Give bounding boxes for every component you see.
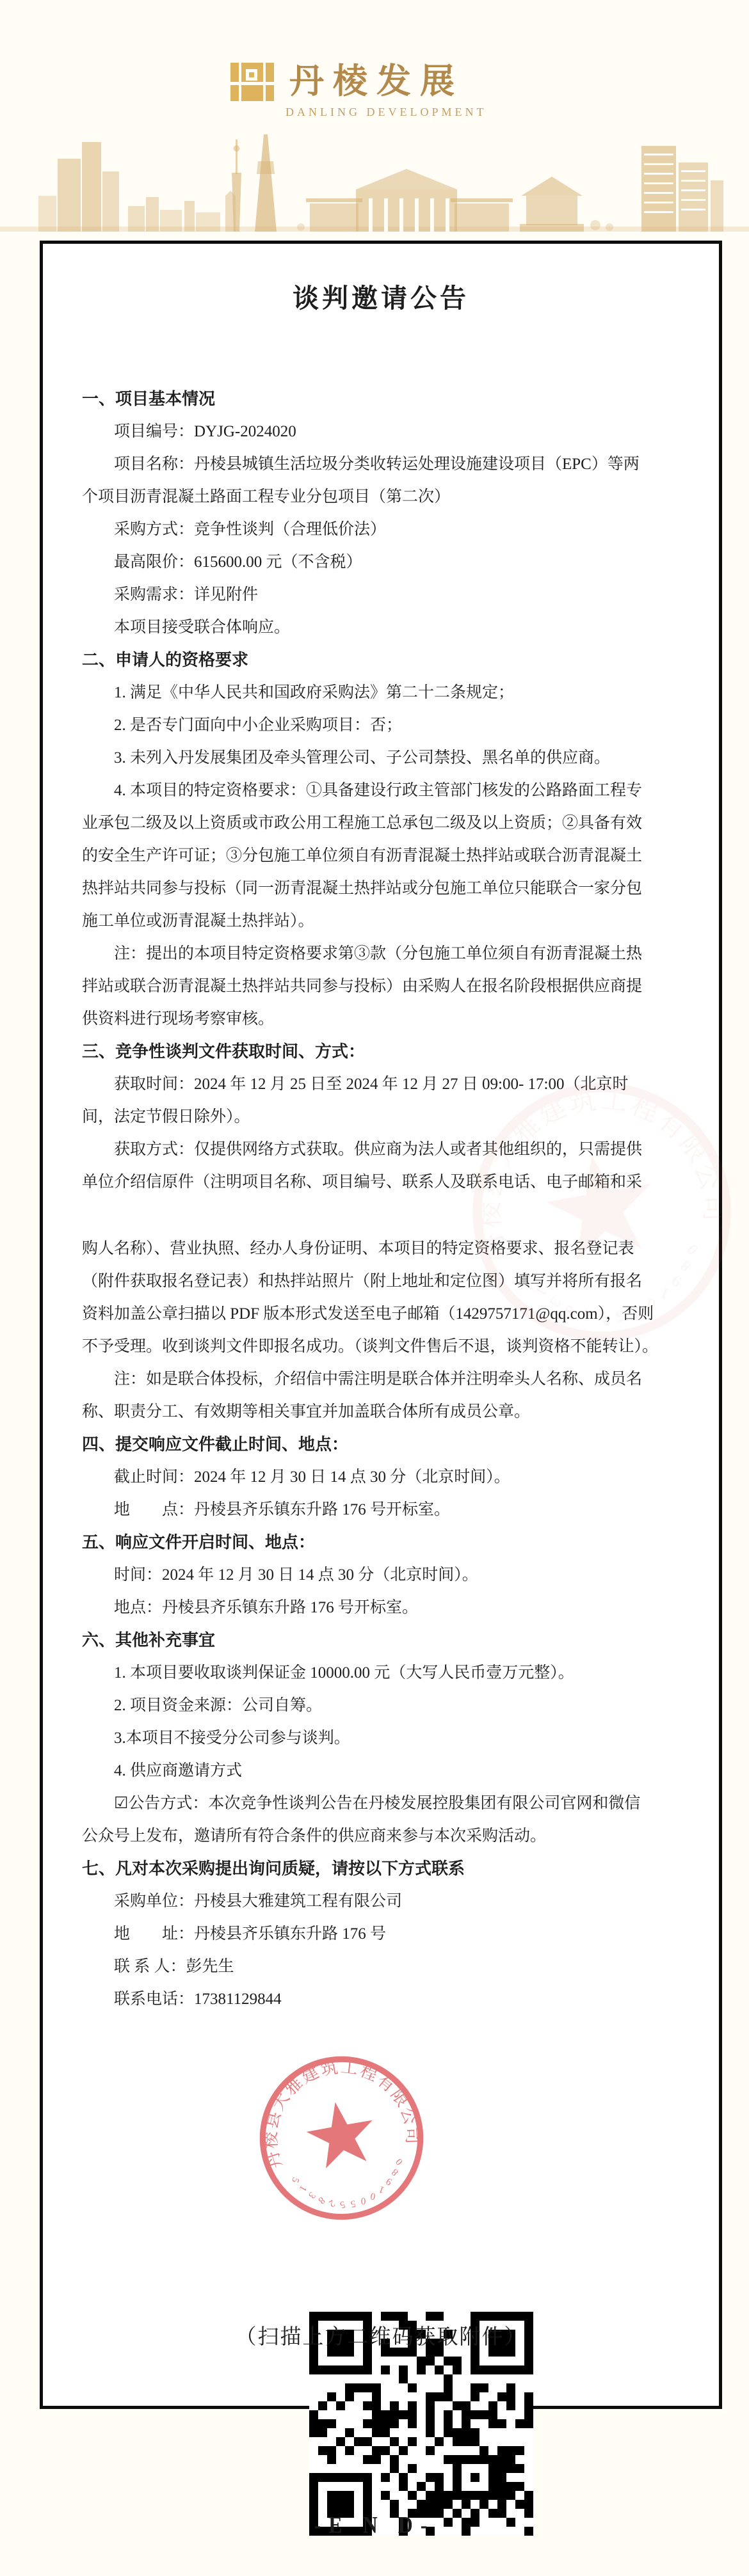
doc-line: 时间：2024 年 12 月 30 日 14 点 30 分（北京时间）。 (82, 1559, 703, 1591)
doc-line: 3.本项目不接受分公司参与谈判。 (82, 1722, 703, 1754)
doc-line: 注：提出的本项目特定资格要求第③款（分包施工单位须自有沥青混凝土热 (82, 937, 703, 970)
doc-line: 业承包二级及以上资质或市政公用工程施工总承包二级及以上资质；②具备有效 (82, 807, 703, 839)
svg-text:棱: 棱 (476, 1201, 506, 1228)
brand-name: 丹棱发展 (289, 54, 463, 103)
svg-text:5: 5 (597, 1308, 609, 1326)
svg-text:工: 工 (340, 2057, 359, 2078)
document-title: 谈判邀请公告 (43, 277, 719, 315)
doc-line: ☑公告方式：本次竞争性谈判公告在丹棱发展控股集团有限公司官网和微信 (82, 1787, 703, 1820)
doc-line: 2. 是否专门面向中小企业采购项目：否； (82, 709, 703, 742)
doc-line: 六、其他补充事宜 (82, 1624, 703, 1657)
brand-name-en: DANLING DEVELOPMENT (286, 106, 484, 119)
doc-line: 称、职责分工、有效期等相关事宜并加盖联合体所有成员公章。 (82, 1395, 703, 1428)
announcement-page: 丹棱发展 DANLING DEVELOPMENT (0, 0, 749, 2576)
doc-line: 个项目沥青混凝土路面工程专业分包项目（第二次） (82, 481, 703, 513)
svg-text:1: 1 (532, 1284, 551, 1298)
svg-text:5: 5 (289, 2176, 302, 2184)
svg-text:5: 5 (520, 1272, 538, 1285)
doc-line: 注：如是联合体投标，介绍信中需注明是联合体并注明牵头人名称、成员名 (82, 1363, 703, 1395)
svg-text:0: 0 (394, 2156, 405, 2167)
svg-text:5: 5 (615, 1307, 625, 1324)
doc-line: 供资料进行现场考察审核。 (82, 1003, 703, 1035)
doc-line: 地 址：丹棱县齐乐镇东升路 176 号 (82, 1918, 703, 1950)
document-box: 谈判邀请公告 一、项目基本情况项目编号：DYJG-2024020项目名称：丹棱县… (40, 241, 722, 2409)
doc-line: 最高限价：615600.00 元（不含税） (82, 546, 703, 578)
end-mark: -E N D- (0, 2511, 749, 2539)
company-seal: 丹棱县大雅建筑工程有限公司5138255001980 (250, 2047, 433, 2229)
svg-text:筑: 筑 (567, 1086, 598, 1120)
doc-line: 地点：丹棱县齐乐镇东升路 176 号开标室。 (82, 1591, 703, 1624)
doc-line: 3. 未列入丹发展集团及牵头管理公司、子公司禁投、黑名单的供应商。 (82, 742, 703, 774)
doc-line: 五、响应文件开启时间、地点： (82, 1526, 703, 1559)
doc-line: 拌站或联合沥青混凝土热拌站共同参与投标）由采购人在报名阶段根据供应商提 (82, 970, 703, 1003)
svg-text:5: 5 (350, 2198, 357, 2209)
doc-line: 本项目接受联合体响应。 (82, 611, 703, 644)
svg-text:司: 司 (403, 2127, 423, 2144)
brand-logo-icon (228, 58, 277, 106)
doc-line: 施工单位或沥青混凝土热拌站）。 (82, 905, 703, 937)
doc-line: 三、竞争性谈判文件获取时间、方式： (82, 1035, 703, 1068)
doc-line: 采购需求：详见附件 (82, 578, 703, 611)
doc-line: 地 点：丹棱县齐乐镇东升路 176 号开标室。 (82, 1493, 703, 1526)
svg-text:2: 2 (327, 2197, 337, 2209)
doc-line: 采购单位：丹棱县大雅建筑工程有限公司 (82, 1885, 703, 1918)
svg-text:0: 0 (684, 1241, 702, 1257)
doc-line: 项目编号：DYJG-2024020 (82, 415, 703, 448)
doc-line: 二、申请人的资格要求 (82, 644, 703, 676)
svg-text:0: 0 (360, 2195, 366, 2206)
doc-line: 项目名称：丹棱县城镇生活垃圾分类收转运处理设施建设项目（EPC）等两 (82, 448, 703, 481)
doc-line: 联 系 人：彭先生 (82, 1950, 703, 1983)
doc-line: 七、凡对本次采购提出询问质疑，请按以下方式联系 (82, 1852, 703, 1885)
doc-line: 1. 满足《中华人民共和国政府采购法》第二十二条规定； (82, 676, 703, 709)
svg-text:2: 2 (579, 1306, 593, 1324)
doc-line: 的安全生产许可证；③分包施工单位须自有沥青混凝土热拌站或联合沥青混凝土 (82, 839, 703, 872)
ghost-seal: 丹棱县大雅建筑工程有限公司5138255001980 (458, 1068, 746, 1356)
svg-text:棱: 棱 (261, 2131, 280, 2149)
svg-text:8: 8 (389, 2167, 400, 2178)
svg-text:8: 8 (678, 1257, 695, 1275)
doc-line: 公众号上发布，邀请所有符合条件的供应商来参与本次采购活动。 (82, 1820, 703, 1852)
svg-text:0: 0 (369, 2190, 376, 2202)
doc-line: 采购方式：竞争性谈判（合理低价法） (82, 513, 703, 546)
svg-text:0: 0 (646, 1294, 656, 1312)
doc-line: 截止时间：2024 年 12 月 30 日 14 点 30 分（北京时间）。 (82, 1461, 703, 1493)
doc-line: 2. 项目资金来源：公司自筹。 (82, 1689, 703, 1722)
svg-text:5: 5 (338, 2198, 346, 2211)
doc-line: 热拌站共同参与投标（同一沥青混凝土热拌站或分包施工单位只能联合一家分包 (82, 872, 703, 905)
doc-line: 联系电话：17381129844 (82, 1983, 703, 2015)
city-skyline-graphic (0, 134, 749, 232)
doc-line: 一、项目基本情况 (82, 383, 703, 415)
svg-text:司: 司 (698, 1194, 728, 1221)
svg-text:工: 工 (599, 1085, 629, 1117)
doc-line: 四、提交响应文件截止时间、地点： (82, 1428, 703, 1461)
doc-line: 4. 供应商邀请方式 (82, 1754, 703, 1787)
qr-caption: （扫描上方二维码获取附件） (40, 2320, 722, 2350)
svg-text:0: 0 (632, 1303, 640, 1319)
svg-text:筑: 筑 (319, 2057, 339, 2079)
doc-line: 4. 本项目的特定资格要求：①具备建设行政主管部门核发的公路路面工程专 (82, 774, 703, 807)
doc-line: 1. 本项目要收取谈判保证金 10000.00 元（大写人民币壹万元整）。 (82, 1657, 703, 1689)
svg-text:1: 1 (297, 2184, 309, 2193)
